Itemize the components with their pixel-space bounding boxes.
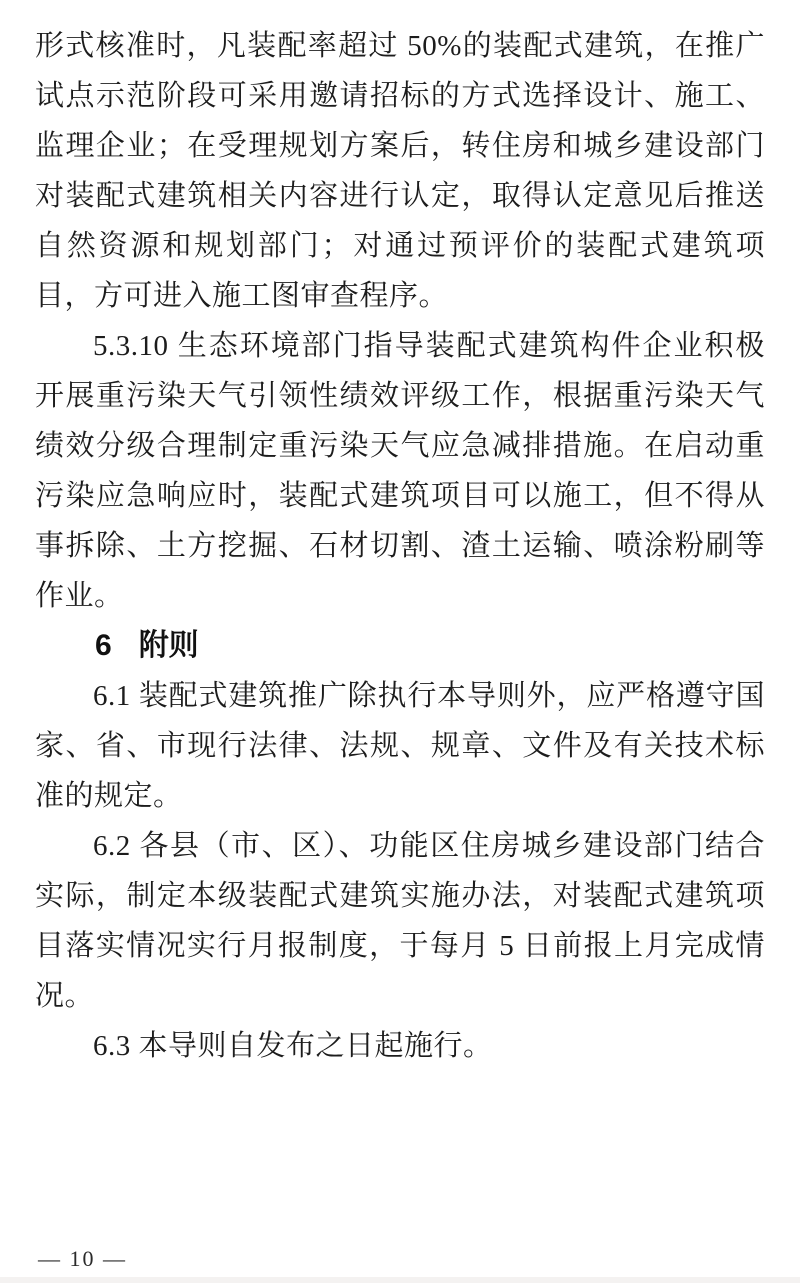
paragraph-section-5-3-10: 5.3.10 生态环境部门指导装配式建筑构件企业积极开展重污染天气引领性绩效评级… [35, 321, 765, 621]
paragraph-section-6-1: 6.1 装配式建筑推广除执行本导则外，应严格遵守国家、省、市现行法律、法规、规章… [35, 671, 765, 821]
paragraph-continuation: 形式核准时，凡装配率超过 50%的装配式建筑，在推广试点示范阶段可采用邀请招标的… [35, 21, 765, 321]
paragraph-section-6-3: 6.3 本导则自发布之日起施行。 [35, 1021, 765, 1071]
section-6-heading: 6附则 [35, 621, 765, 671]
section-6-title: 附则 [139, 629, 199, 662]
page-edge-strip [0, 1277, 800, 1283]
section-6-number: 6 [95, 629, 112, 662]
page-footer: — 10 — [38, 1247, 127, 1271]
page-number: — 10 — [38, 1246, 127, 1271]
paragraph-section-6-2: 6.2 各县（市、区）、功能区住房城乡建设部门结合实际，制定本级装配式建筑实施办… [35, 821, 765, 1021]
document-page: 形式核准时，凡装配率超过 50%的装配式建筑，在推广试点示范阶段可采用邀请招标的… [0, 0, 800, 1283]
document-body: 形式核准时，凡装配率超过 50%的装配式建筑，在推广试点示范阶段可采用邀请招标的… [35, 21, 765, 1071]
